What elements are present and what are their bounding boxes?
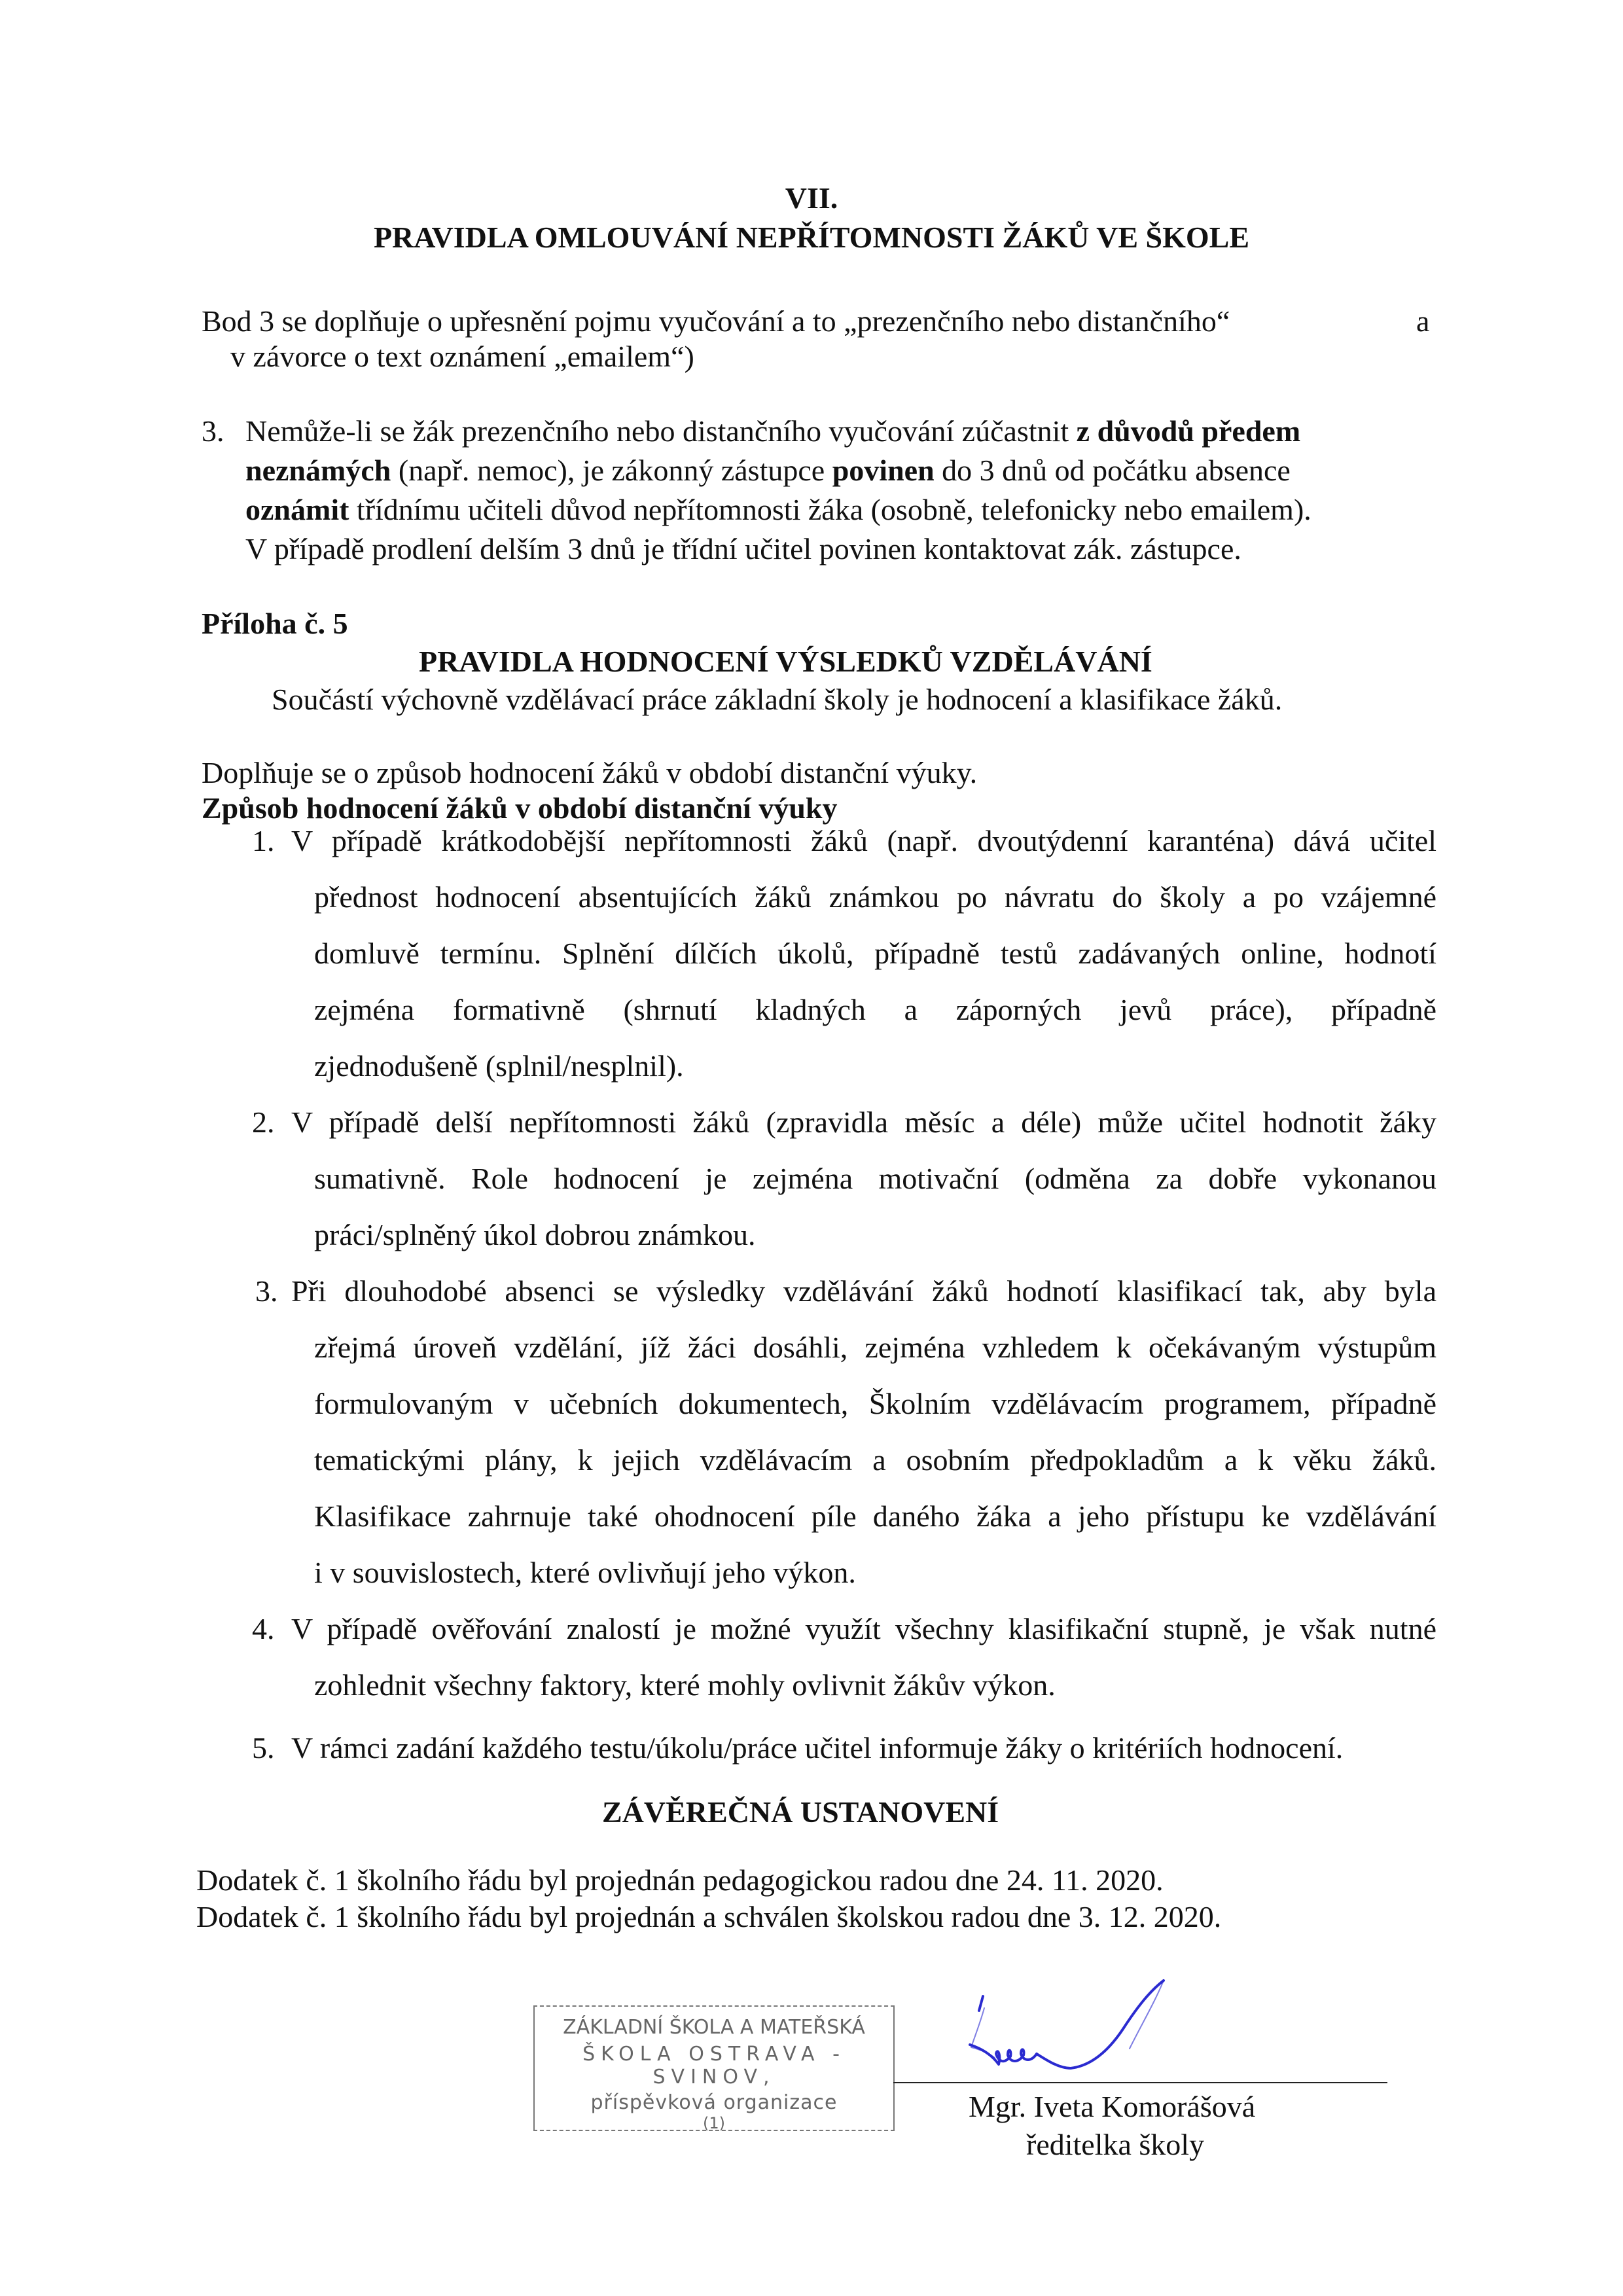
item-line: V rámci zadání každého testu/úkolu/práce… (291, 1733, 1343, 1763)
bold-text: oznámit (245, 493, 349, 526)
item-line: tematickými plány, k jejich vzdělávacím … (314, 1445, 1436, 1475)
item-line: i v souvislostech, které ovlivňují jeho … (314, 1558, 856, 1588)
bold-text: z důvodů předem (1077, 414, 1300, 448)
text: do 3 dnů od počátku absence (942, 454, 1291, 487)
point-3-line1: Nemůže-li se žák prezenčního nebo distan… (245, 416, 1440, 446)
item-line: Klasifikace zahrnuje také ohodnocení píl… (314, 1501, 1436, 1532)
item-line: zjednodušeně (splnil/nesplnil). (314, 1051, 684, 1081)
item-line: V případě ověřování znalostí je možné vy… (291, 1614, 1436, 1644)
item-line: zejména formativně (shrnutí kladných a z… (314, 995, 1436, 1025)
section-number: VII. (0, 183, 1623, 213)
item-number: 5. (252, 1733, 275, 1763)
intro-text-line1: Bod 3 se doplňuje o upřesnění pojmu vyuč… (202, 306, 1230, 336)
stamp-line-1: ZÁKLADNÍ ŠKOLA A MATEŘSKÁ (535, 2016, 893, 2039)
text: (např. nemoc), je zákonný zástupce (399, 454, 825, 487)
item-number: 3. (255, 1276, 278, 1306)
signatory-role: ředitelka školy (1026, 2130, 1204, 2160)
intro-text-line2: v závorce o text oznámení „emailem“) (230, 342, 694, 372)
item-line: práci/splněný úkol dobrou známkou. (314, 1220, 756, 1250)
item-number: 2. (252, 1107, 275, 1138)
point-3-line3: oznámit třídnímu učiteli důvod nepřítomn… (245, 495, 1311, 525)
handwritten-signature (955, 1977, 1270, 2081)
text: třídnímu učiteli důvod nepřítomnosti žák… (357, 493, 1311, 526)
point-number: 3. (202, 416, 224, 446)
final-line-1: Dodatek č. 1 školního řádu byl projednán… (196, 1865, 1164, 1895)
stamp-line-2: ŠKOLA OSTRAVA - SVINOV, (535, 2043, 893, 2089)
final-line-2: Dodatek č. 1 školního řádu byl projednán… (196, 1902, 1221, 1932)
final-provisions-title: ZÁVĚREČNÁ USTANOVENÍ (602, 1797, 999, 1827)
stamp-line-3: příspěvková organizace (535, 2091, 893, 2114)
signature-line (893, 2082, 1387, 2083)
item-line: V případě delší nepřítomnosti žáků (zpra… (291, 1107, 1436, 1138)
appendix-label: Příloha č. 5 (202, 609, 348, 639)
method-heading: Způsob hodnocení žáků v období distanční… (202, 793, 838, 823)
point-3-line2: neznámých (např. nemoc), je zákonný zást… (245, 456, 1291, 486)
stamp-line-4: (1) (535, 2114, 893, 2132)
item-line: Při dlouhodobé absenci se výsledky vzděl… (291, 1276, 1436, 1306)
item-number: 1. (252, 826, 275, 856)
bold-text: neznámých (245, 454, 391, 487)
intro-text-line1-end: a (1416, 306, 1429, 336)
section-title: PRAVIDLA OMLOUVÁNÍ NEPŘÍTOMNOSTI ŽÁKŮ VE… (0, 223, 1623, 253)
bold-text: povinen (832, 454, 935, 487)
school-stamp: ZÁKLADNÍ ŠKOLA A MATEŘSKÁ ŠKOLA OSTRAVA … (533, 2005, 895, 2131)
item-line: V případě krátkodobější nepřítomnosti žá… (291, 826, 1436, 856)
item-line: zohlednit všechny faktory, které mohly o… (314, 1670, 1056, 1700)
added-note: Doplňuje se o způsob hodnocení žáků v ob… (202, 758, 977, 788)
appendix-title: PRAVIDLA HODNOCENÍ VÝSLEDKŮ VZDĚLÁVÁNÍ (419, 647, 1152, 677)
item-line: formulovaným v učebních dokumentech, Ško… (314, 1389, 1436, 1419)
item-line: domluvě termínu. Splnění dílčích úkolů, … (314, 939, 1436, 969)
item-line: sumativně. Role hodnocení je zejména mot… (314, 1164, 1436, 1194)
text: Nemůže-li se žák prezenčního nebo distan… (245, 414, 1069, 448)
item-line: přednost hodnocení absentujících žáků zn… (314, 882, 1436, 912)
signatory-name: Mgr. Iveta Komorášová (969, 2092, 1255, 2122)
appendix-subtitle: Součástí výchovně vzdělávací práce zákla… (272, 685, 1282, 715)
item-number: 4. (252, 1614, 275, 1644)
item-line: zřejmá úroveň vzdělání, jíž žáci dosáhli… (314, 1333, 1436, 1363)
point-3-line4: V případě prodlení delším 3 dnů je třídn… (245, 534, 1241, 564)
